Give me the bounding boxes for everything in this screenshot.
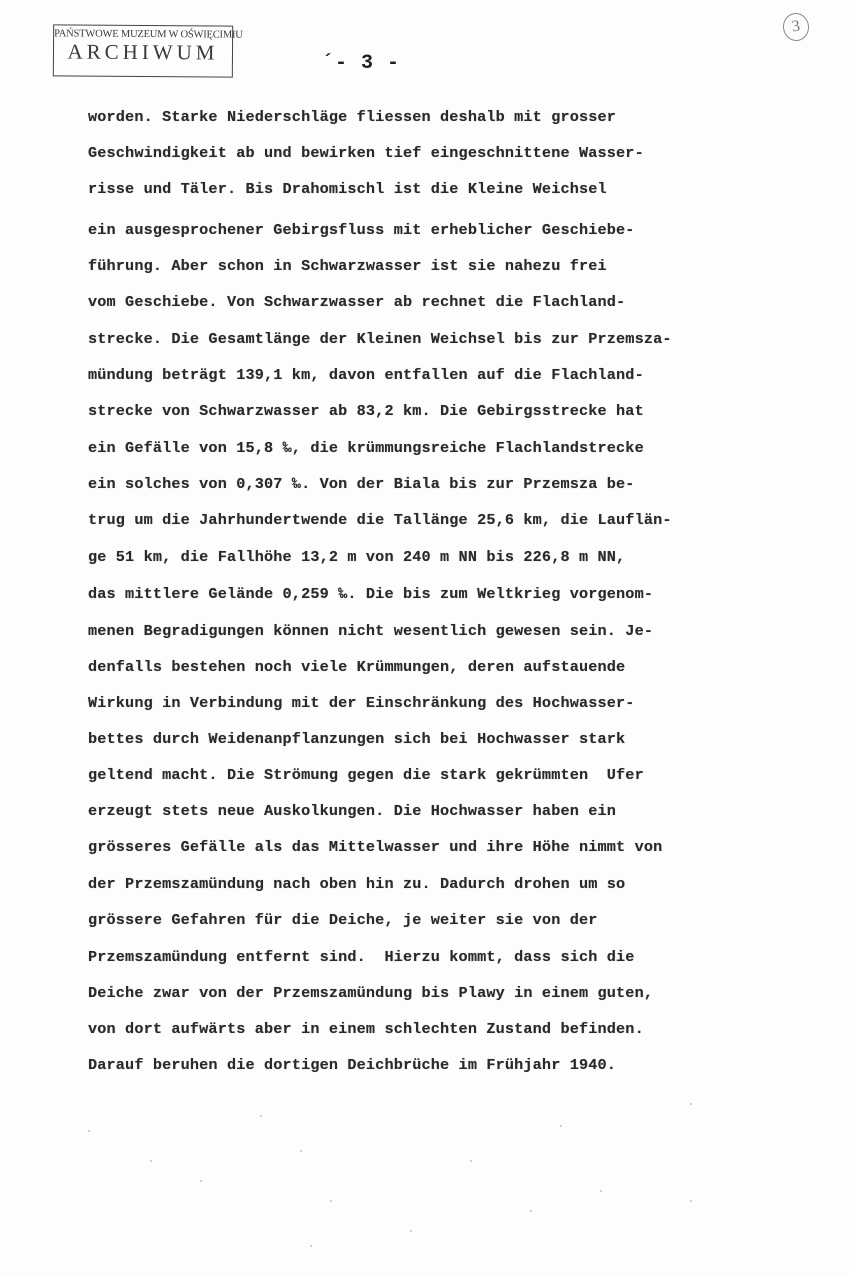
text-line: strecke. Die Gesamtlänge der Kleinen Wei… [88,328,672,350]
scan-speck [600,1190,602,1192]
scan-speck [150,1160,152,1162]
text-line: Geschwindigkeit ab und bewirken tief ein… [88,142,644,164]
text-line: ein solches von 0,307 ‰. Von der Biala b… [88,473,635,495]
text-line: Darauf beruhen die dortigen Deichbrüche … [88,1054,616,1076]
text-line: bettes durch Weidenanpflanzungen sich be… [88,728,625,750]
text-line: führung. Aber schon in Schwarzwasser ist… [88,255,607,277]
folio-number: 3 [781,11,811,42]
scan-speck [200,1180,202,1182]
text-line: mündung beträgt 139,1 km, davon entfalle… [88,364,644,386]
scan-speck [470,1160,472,1162]
scan-speck [690,1103,692,1105]
text-line: Wirkung in Verbindung mit der Einschränk… [88,692,635,714]
text-line: menen Begradigungen können nicht wesentl… [88,620,653,642]
scan-speck [310,1245,312,1247]
text-line: ein ausgesprochener Gebirgsfluss mit erh… [88,219,635,241]
text-line: worden. Starke Niederschläge fliessen de… [88,106,616,128]
archive-stamp: PAŃSTWOWE MUZEUM W OŚWIĘCIMIU ARCHIWUM [53,24,233,77]
text-line: ge 51 km, die Fallhöhe 13,2 m von 240 m … [88,546,625,568]
text-line: grössere Gefahren für die Deiche, je wei… [88,909,598,931]
page-number: ´- 3 - [322,52,400,75]
scan-speck [690,1200,692,1202]
text-line: Deiche zwar von der Przemszamündung bis … [88,982,653,1004]
scan-speck [330,1200,332,1202]
scan-speck [88,1130,90,1132]
text-line: denfalls bestehen noch viele Krümmungen,… [88,656,625,678]
text-line: geltend macht. Die Strömung gegen die st… [88,764,644,786]
text-line: das mittlere Gelände 0,259 ‰. Die bis zu… [88,583,653,605]
scan-speck [560,1125,562,1127]
text-line: trug um die Jahrhundertwende die Talläng… [88,509,672,531]
text-line: Przemszamündung entfernt sind. Hierzu ko… [88,946,635,968]
scan-speck [260,1115,262,1117]
text-line: ein Gefälle von 15,8 ‰, die krümmungsrei… [88,437,644,459]
scan-speck [410,1230,412,1232]
text-line: risse und Täler. Bis Drahomischl ist die… [88,178,607,200]
text-line: vom Geschiebe. Von Schwarzwasser ab rech… [88,291,625,313]
text-line: strecke von Schwarzwasser ab 83,2 km. Di… [88,400,644,422]
text-line: grösseres Gefälle als das Mittelwasser u… [88,836,662,858]
text-line: erzeugt stets neue Auskolkungen. Die Hoc… [88,800,616,822]
scan-speck [530,1210,532,1212]
text-line: der Przemszamündung nach oben hin zu. Da… [88,873,625,895]
text-line: von dort aufwärts aber in einem schlecht… [88,1018,644,1040]
scan-speck [300,1150,302,1152]
stamp-title: ARCHIWUM [54,39,232,64]
